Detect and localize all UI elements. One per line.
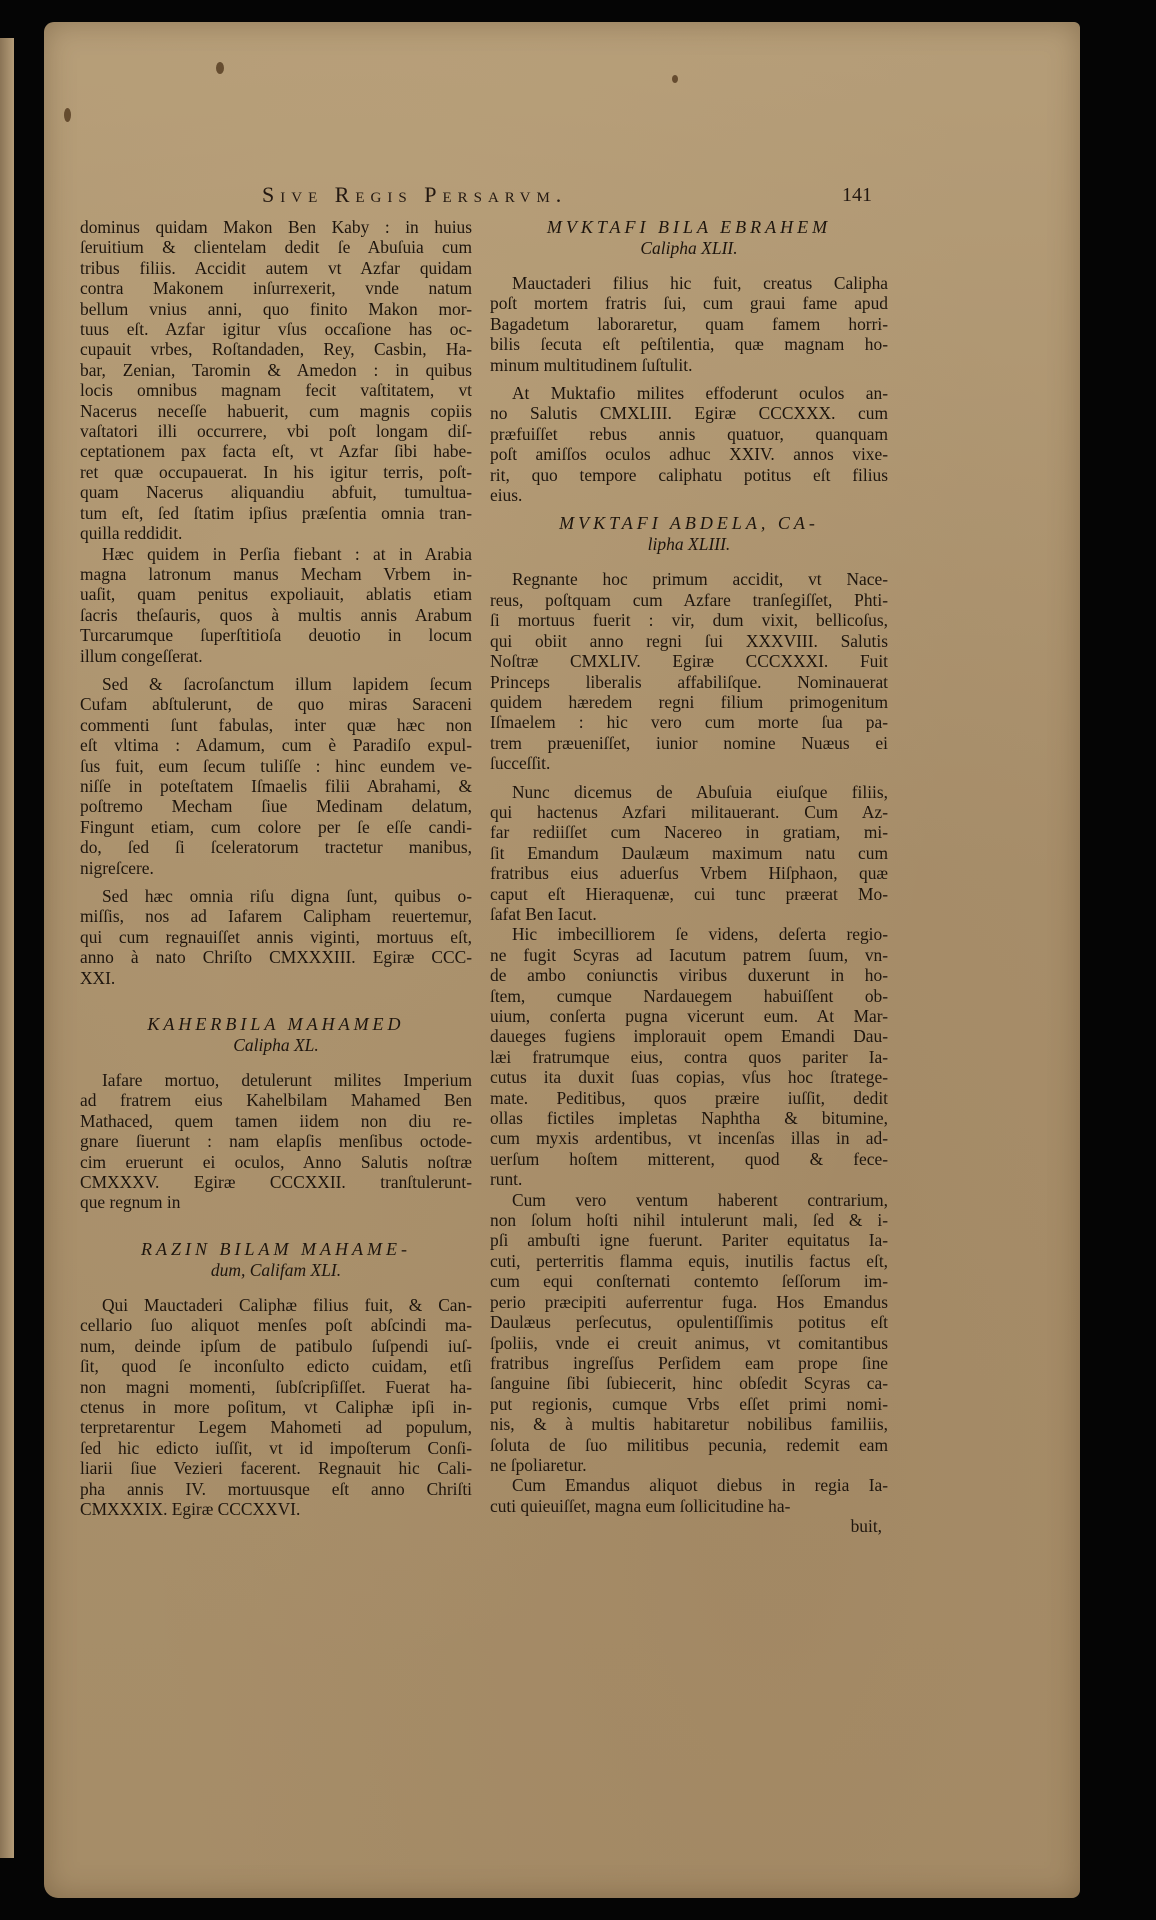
text-line: rit, quo tempore caliphatu potitus eſt f…: [490, 465, 888, 485]
text-line: no Salutis CMXLIII. Egiræ CCCXXX. cum: [490, 403, 888, 423]
section-subheading: lipha XLIII.: [490, 534, 888, 555]
text-line: liarii ſiue Vezieri facerent. Regnauit h…: [80, 1458, 472, 1478]
text-line: Regnante hoc primum accidit, vt Nace-: [490, 569, 888, 589]
foxing-spot: [216, 62, 224, 74]
text-line: Fingunt etiam, cum colore per ſe eſſe ca…: [80, 817, 472, 837]
section-heading: RAZIN BILAM MAHAME-: [80, 1239, 472, 1260]
text-line: ſoluta de ſuo militibus pecunia, redemit…: [490, 1435, 888, 1455]
foxing-spot: [64, 108, 71, 122]
spacer: [80, 988, 472, 1014]
text-line: ſpoliis, vnde ei creuit animus, vt comit…: [490, 1333, 888, 1353]
spacer: [80, 878, 472, 886]
text-line: cuti, perterritis flamma equis, inutilis…: [490, 1251, 888, 1271]
text-line: vaſtatori illi occurrere, vbi poſt longa…: [80, 421, 472, 441]
text-line: poſtremo Mecham ſiue Medinam delatum,: [80, 796, 472, 816]
text-line: ad fratrem eius Kahelbilam Mahamed Ben: [80, 1090, 472, 1110]
text-line: terpretarentur Legem Mahometi ad populum…: [80, 1417, 472, 1437]
text-line: cum myxis ardentibus, vt incenſas illas …: [490, 1128, 888, 1148]
text-line: pſi ambuſti igne fuerunt. Pariter equita…: [490, 1230, 888, 1250]
text-line: niſſe in poteſtatem Iſmaelis filii Abrah…: [80, 776, 472, 796]
text-line: Hic imbecilliorem ſe videns, deſerta reg…: [490, 924, 888, 944]
text-line: daueges fugiens implorauit opem Emandi D…: [490, 1026, 888, 1046]
text-line: do, ſed ſi ſceleratorum tractetur manibu…: [80, 837, 472, 857]
text-line: miſſis, nos ad Iafarem Calipham reuertem…: [80, 906, 472, 926]
text-line: de ambo coniunctis viribus duxerunt in h…: [490, 965, 888, 985]
text-line: Bagadetum laboraretur, quam famem horri-: [490, 314, 888, 334]
text-line: cuti quieuiſſet, magna eum ſollicitudine…: [490, 1496, 888, 1516]
text-line: mate. Peditibus, quos præire iuſſit, ded…: [490, 1088, 888, 1108]
text-line: ollas fictiles impletas Naphtha & bitumi…: [490, 1108, 888, 1128]
section-heading: KAHERBILA MAHAMED: [80, 1014, 472, 1035]
text-line: Nacerus neceſſe habuerit, cum magnis cop…: [80, 401, 472, 421]
text-line: Cum Emandus aliquot diebus in regia Ia-: [490, 1475, 888, 1495]
text-line: ſeruitium & clientelam dedit ſe Abuſuia …: [80, 237, 472, 257]
text-line: far rediiſſet cum Nacereo in gratiam, mi…: [490, 822, 888, 842]
text-line: num, deinde ipſum de patibulo ſuſpendi i…: [80, 1336, 472, 1356]
spacer: [490, 774, 888, 782]
section-subheading: dum, Califam XLI.: [80, 1260, 472, 1281]
text-line: runt.: [490, 1169, 888, 1189]
text-line: ſafat Ben Iacut.: [490, 904, 888, 924]
text-line: cim eruerunt ei oculos, Anno Salutis noſ…: [80, 1152, 472, 1172]
text-line: poſt mortem fratris ſui, cum graui fame …: [490, 293, 888, 313]
text-line: Cum vero ventum haberent contrarium,: [490, 1190, 888, 1210]
text-line: minum multitudinem ſuſtulit.: [490, 355, 888, 375]
running-title: Sive Regis Persarvm.: [262, 182, 567, 208]
text-line: CMXXXIX. Egiræ CCCXXVI.: [80, 1499, 472, 1519]
text-line: eius.: [490, 485, 888, 505]
text-line: anno à nato Chriſto CMXXXIII. Egiræ CCC-: [80, 947, 472, 967]
text-line: uaſit, quam penitus expoliauit, ablatis …: [80, 584, 472, 604]
text-line: trem præueniſſet, iunior nomine Nuæus ei: [490, 733, 888, 753]
text-line: ſi mortuus fuerit : vir, dum vixit, bell…: [490, 610, 888, 630]
text-line: Mathaced, quem tamen iidem non diu re-: [80, 1111, 472, 1131]
text-line: Turcarumque ſuperſtitioſa deuotio in loc…: [80, 625, 472, 645]
text-line: fratribus ingreſſus Perſidem eam prope ſ…: [490, 1353, 888, 1373]
text-line: quam Nacerus aliquandiu abfuit, tumultua…: [80, 482, 472, 502]
text-line: ne fugit Scyras ad Iacutum patrem ſuum, …: [490, 945, 888, 965]
text-line: bilis ſecuta eſt peſtilentia, quæ magnam…: [490, 334, 888, 354]
text-line: Noſtræ CMXLIV. Egiræ CCCXXXI. Fuit: [490, 651, 888, 671]
section-subheading: Calipha XL.: [80, 1035, 472, 1056]
section-heading: MVKTAFI ABDELA, CA-: [490, 513, 888, 534]
text-line: nis, & à multis habitaretur nobilibus fa…: [490, 1414, 888, 1434]
text-line: bellum vnius anni, quo finito Makon mor-: [80, 299, 472, 319]
text-line: præfuiſſet rebus annis quatuor, quanquam: [490, 424, 888, 444]
text-line: Sed hæc omnia riſu digna ſunt, quibus o-: [80, 886, 472, 906]
spacer: [80, 666, 472, 674]
text-line: illum congeſſerat.: [80, 646, 472, 666]
text-line: non ſolum hoſti nihil intulerunt mali, ſ…: [490, 1210, 888, 1230]
text-line: Daulæus perſecutus, opulentiſſimis potit…: [490, 1312, 888, 1332]
text-line: fratribus eius aduerſus Vrbem Hiſphaon, …: [490, 863, 888, 883]
text-line: nigreſcere.: [80, 858, 472, 878]
text-line: ret quæ occupauerat. In his igitur terri…: [80, 462, 472, 482]
page-header: Sive Regis Persarvm. 141: [44, 182, 1080, 212]
page-number: 141: [842, 184, 872, 207]
text-line: ne ſpoliaretur.: [490, 1455, 888, 1475]
text-line: Nunc dicemus de Abuſuia eiuſque filiis,: [490, 782, 888, 802]
text-line: uerſum hoſtem mitterent, quod & fece-: [490, 1149, 888, 1169]
spacer: [490, 505, 888, 513]
text-line: qui hactenus Azfari militauerant. Cum Az…: [490, 802, 888, 822]
text-line: reus, poſtquam cum Azfare tranſegiſſet, …: [490, 590, 888, 610]
text-line: contra Makonem inſurrexerit, vnde natum: [80, 278, 472, 298]
text-line: CMXXXV. Egiræ CCCXXII. tranſtulerunt-: [80, 1172, 472, 1192]
spacer: [490, 375, 888, 383]
book-page: Sive Regis Persarvm. 141 dominus quidam …: [44, 22, 1080, 1898]
text-line: Sed & ſacroſanctum illum lapidem ſecum: [80, 674, 472, 694]
text-line: ſacris theſauris, quos à multis annis Ar…: [80, 605, 472, 625]
text-line: ſtem, cumque Nardauegem habuiſſent ob-: [490, 986, 888, 1006]
text-line: Hæc quidem in Perſia fiebant : at in Ara…: [80, 544, 472, 564]
text-line: put regionis, cumque Vrbs eſſet primi no…: [490, 1394, 888, 1414]
text-line: cutus ita duxit ſuas copias, vſus hoc ſt…: [490, 1067, 888, 1087]
text-line: dominus quidam Makon Ben Kaby : in huius: [80, 217, 472, 237]
right-column: MVKTAFI BILA EBRAHEMCalipha XLII.Mauctad…: [490, 217, 888, 1537]
text-line: qui obiit anno regni ſui XXXVIII. Saluti…: [490, 631, 888, 651]
text-line: Cufam abſtulerunt, de quo miras Saraceni: [80, 694, 472, 714]
text-line: ſit Emandum Daulæum maximum natu cum: [490, 843, 888, 863]
text-line: Iſmaelem : hic vero cum morte ſua pa-: [490, 712, 888, 732]
catchword: buit,: [490, 1516, 888, 1536]
text-line: pha annis IV. mortuusque eſt anno Chriſt…: [80, 1479, 472, 1499]
text-line: ceptationem pax facta eſt, vt Azfar ſibi…: [80, 441, 472, 461]
text-line: que regnum in: [80, 1192, 472, 1212]
text-line: cupauit vrbes, Roſtandaden, Rey, Casbin,…: [80, 339, 472, 359]
text-line: non magni momenti, ſubſcripſiſſet. Fuera…: [80, 1377, 472, 1397]
text-line: quilla reddidit.: [80, 523, 472, 543]
text-line: ſucceſſit.: [490, 753, 888, 773]
text-line: caput eſt Hieraquenæ, cui tunc præerat M…: [490, 884, 888, 904]
text-line: magna latronum manus Mecham Vrbem in-: [80, 564, 472, 584]
text-line: Iafare mortuo, detulerunt milites Imperi…: [80, 1070, 472, 1090]
text-line: ſed hic edicto iuſſit, vt id impoſterum …: [80, 1438, 472, 1458]
text-line: bar, Zenian, Taromin & Amedon : in quibu…: [80, 360, 472, 380]
text-line: Mauctaderi filius hic fuit, creatus Cali…: [490, 273, 888, 293]
text-line: XXI.: [80, 968, 472, 988]
section-heading: MVKTAFI BILA EBRAHEM: [490, 217, 888, 238]
text-line: commenti ſunt fabulas, inter quæ hæc non: [80, 715, 472, 735]
text-line: gnare ſiuerunt : nam elapſis menſibus oc…: [80, 1131, 472, 1151]
foxing-spot: [672, 75, 678, 83]
text-line: cellario ſuo aliquot menſes poſt abſcind…: [80, 1315, 472, 1335]
text-line: ſit, quod ſe inconſulto edicto cuidam, e…: [80, 1356, 472, 1376]
left-column: dominus quidam Makon Ben Kaby : in huius…: [80, 217, 472, 1519]
text-line: quidem hæredem regni filium primogenitum: [490, 692, 888, 712]
text-line: perio præcipiti auferrentur fuga. Hos Em…: [490, 1292, 888, 1312]
text-line: tribus filiis. Accidit autem vt Azfar qu…: [80, 258, 472, 278]
text-line: qui cum regnauiſſet annis viginti, mortu…: [80, 927, 472, 947]
text-line: At Muktafio milites effoderunt oculos an…: [490, 383, 888, 403]
section-subheading: Calipha XLII.: [490, 238, 888, 259]
text-line: eſt vltima : Adamum, cum è Paradiſo expu…: [80, 735, 472, 755]
text-line: uium, conſerta pugna vicerunt eum. At Ma…: [490, 1006, 888, 1026]
text-line: læi fratrumque eius, contra quos pariter…: [490, 1047, 888, 1067]
text-line: ctenus in more poſitum, vt Caliphæ ipſi …: [80, 1397, 472, 1417]
text-line: tuus eſt. Azfar igitur vſus occaſione ha…: [80, 319, 472, 339]
text-line: Qui Mauctaderi Caliphæ filius fuit, & Ca…: [80, 1295, 472, 1315]
previous-page-edge: [0, 38, 14, 1858]
text-line: ſus fuit, eum ſecum tuliſſe : hinc eunde…: [80, 756, 472, 776]
text-line: tum eſt, ſed ſtatim ipſius præſentia omn…: [80, 503, 472, 523]
spacer: [80, 1213, 472, 1239]
text-line: locis omnibus magnam fecit vaſtitatem, v…: [80, 380, 472, 400]
text-line: Princeps liberalis affabiliſque. Nominau…: [490, 672, 888, 692]
text-line: cum equi conſternati contemto ſeſſorum i…: [490, 1271, 888, 1291]
text-line: ſanguine ſibi ſubiecerit, hinc obſedit S…: [490, 1373, 888, 1393]
text-line: poſt amiſſos oculos adhuc XXIV. annos vi…: [490, 444, 888, 464]
